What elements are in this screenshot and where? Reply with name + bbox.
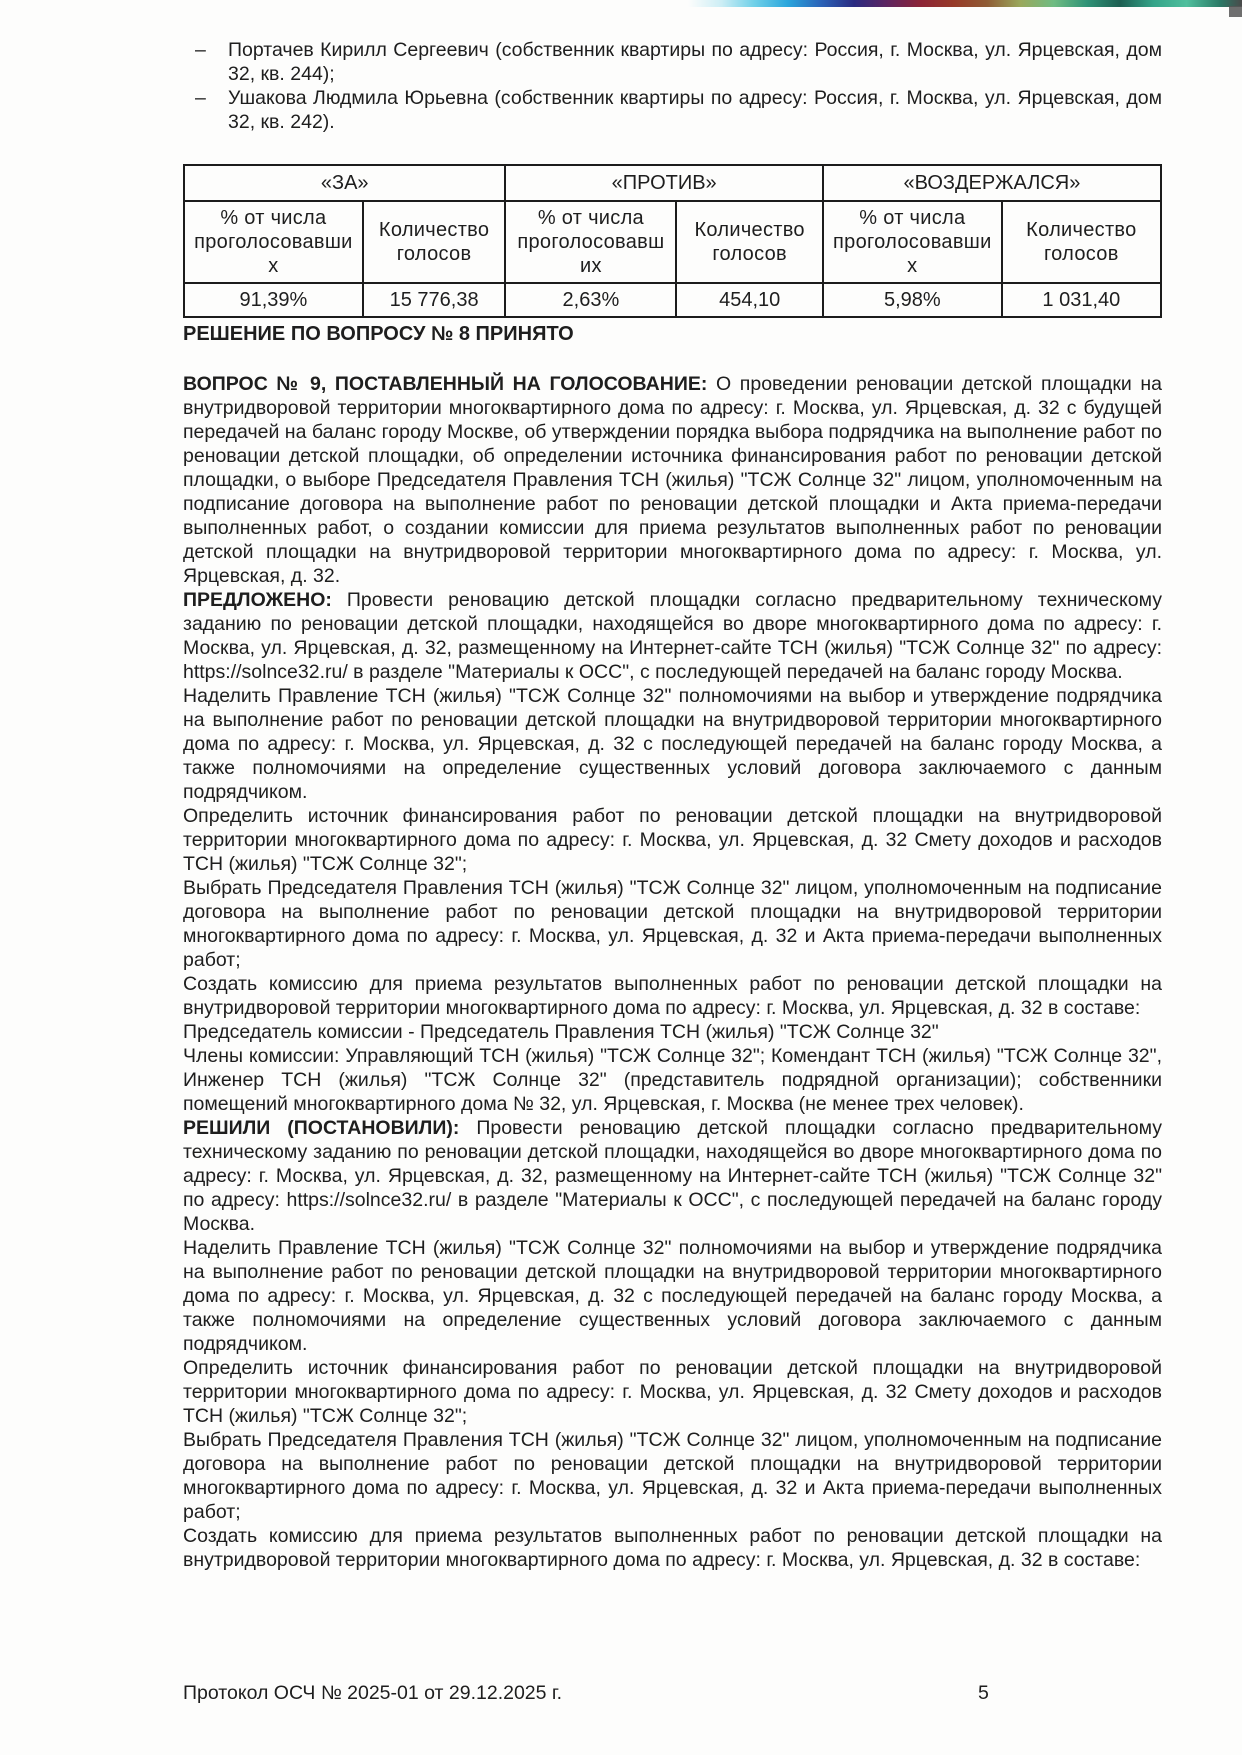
proposed-paragraph: ПРЕДЛОЖЕНО: Провести реновацию детской п… [183, 588, 1162, 684]
value-cell: 454,10 [676, 283, 823, 317]
resolved-item: Определить источник финансирования работ… [183, 1356, 1162, 1428]
group-header-protiv: «ПРОТИВ» [505, 165, 823, 201]
table-values-row: 91,39% 15 776,38 2,63% 454,10 5,98% 1 03… [184, 283, 1161, 317]
resolved-paragraph: РЕШИЛИ (ПОСТАНОВИЛИ): Провести реновацию… [183, 1116, 1162, 1236]
value-cell: 5,98% [823, 283, 1002, 317]
footer-protocol-label: Протокол ОСЧ № 2025-01 от 29.12.2025 г. [183, 1682, 562, 1705]
page-content: – Портачев Кирилл Сергеевич (собственник… [183, 38, 1162, 1572]
group-header-za: «ЗА» [184, 165, 505, 201]
subheader-cell: Количество голосов [363, 201, 506, 283]
subheader-cell: % от числа проголосовавших [823, 201, 1002, 283]
table-subheader-row: % от числа проголосовавших Количество го… [184, 201, 1161, 283]
list-dash: – [195, 38, 206, 62]
list-item: – Ушакова Людмила Юрьевна (собственник к… [183, 86, 1162, 134]
subheader-cell: Количество голосов [1002, 201, 1161, 283]
subheader-cell: % от числа проголосовавших [505, 201, 676, 283]
list-dash: – [195, 86, 206, 110]
proposed-lead: ПРЕДЛОЖЕНО: [183, 589, 332, 611]
table-group-header-row: «ЗА» «ПРОТИВ» «ВОЗДЕРЖАЛСЯ» [184, 165, 1161, 201]
proposed-item-members: Члены комиссии: Управляющий ТСН (жилья) … [183, 1044, 1162, 1116]
resolved-lead: РЕШИЛИ (ПОСТАНОВИЛИ): [183, 1117, 459, 1139]
owners-list: – Портачев Кирилл Сергеевич (собственник… [183, 38, 1162, 134]
subheader-cell: % от числа проголосовавших [184, 201, 363, 283]
resolved-item: Выбрать Председателя Правления ТСН (жиль… [183, 1428, 1162, 1524]
proposed-item-chairman: Председатель комиссии - Председатель Пра… [183, 1020, 1162, 1044]
list-item: – Портачев Кирилл Сергеевич (собственник… [183, 38, 1162, 86]
owner-text: Портачев Кирилл Сергеевич (собственник к… [228, 39, 1162, 85]
proposed-item: Выбрать Председателя Правления ТСН (жиль… [183, 876, 1162, 972]
question9-text: О проведении реновации детской площадки … [183, 373, 1162, 587]
value-cell: 91,39% [184, 283, 363, 317]
proposed-item: Определить источник финансирования работ… [183, 804, 1162, 876]
proposed-item: Наделить Правление ТСН (жилья) "ТСЖ Солн… [183, 684, 1162, 804]
decision-question8: РЕШЕНИЕ ПО ВОПРОСУ № 8 ПРИНЯТО [183, 322, 1162, 346]
footer-page-number: 5 [978, 1682, 989, 1705]
value-cell: 2,63% [505, 283, 676, 317]
scanned-protocol-page: – Портачев Кирилл Сергеевич (собственник… [0, 0, 1242, 1755]
scanner-color-strip [688, 0, 1242, 7]
resolved-item: Наделить Правление ТСН (жилья) "ТСЖ Солн… [183, 1236, 1162, 1356]
vote-results-table: «ЗА» «ПРОТИВ» «ВОЗДЕРЖАЛСЯ» % от числа п… [183, 164, 1162, 318]
resolved-item: Создать комиссию для приема результатов … [183, 1524, 1162, 1572]
group-header-vozderzhalsya: «ВОЗДЕРЖАЛСЯ» [823, 165, 1161, 201]
blank-line [183, 346, 1162, 372]
question9-paragraph: ВОПРОС № 9, ПОСТАВЛЕННЫЙ НА ГОЛОСОВАНИЕ:… [183, 372, 1162, 588]
question9-lead: ВОПРОС № 9, ПОСТАВЛЕННЫЙ НА ГОЛОСОВАНИЕ: [183, 373, 707, 395]
value-cell: 1 031,40 [1002, 283, 1161, 317]
proposed-item: Создать комиссию для приема результатов … [183, 972, 1162, 1020]
scan-corner-mark [1229, 6, 1242, 17]
value-cell: 15 776,38 [363, 283, 506, 317]
subheader-cell: Количество голосов [676, 201, 823, 283]
owner-text: Ушакова Людмила Юрьевна (собственник ква… [228, 87, 1162, 133]
